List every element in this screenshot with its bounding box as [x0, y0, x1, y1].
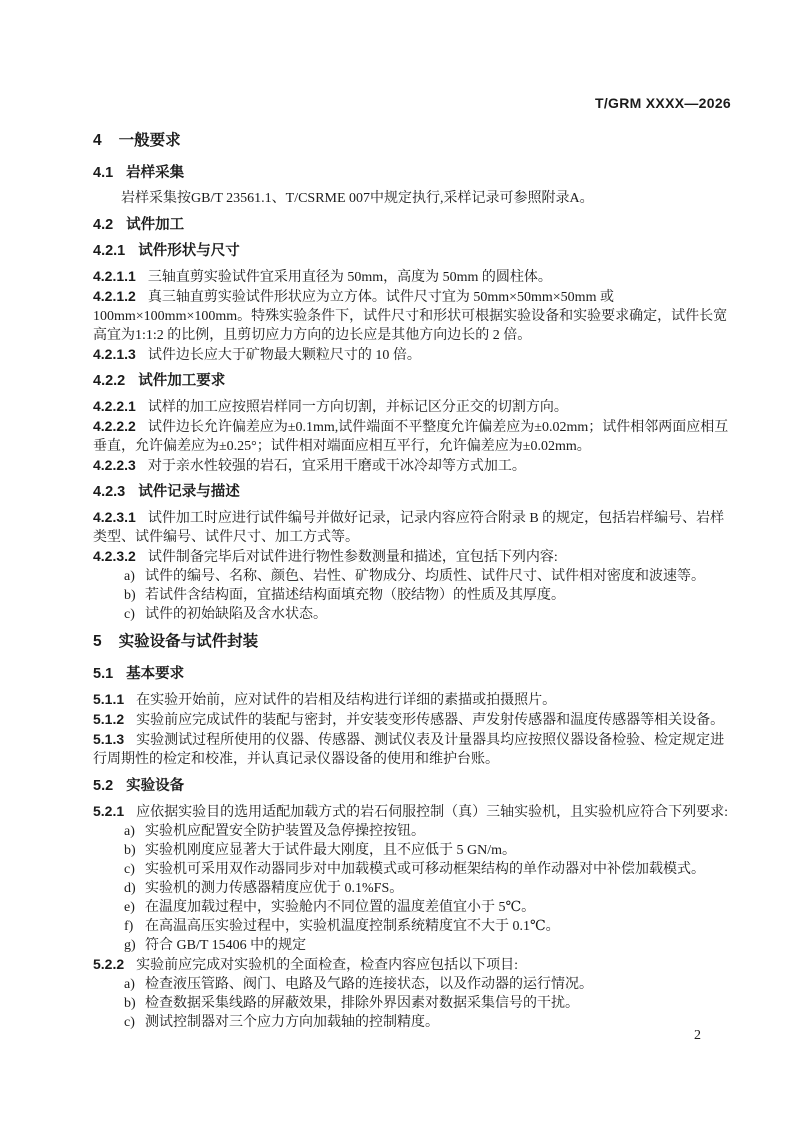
section-heading-4-2-1: 4.2.1试件形状与尺寸	[93, 242, 731, 261]
list-item: e)在温度加载过程中，实验舱内不同位置的温度差值宜小于 5℃。	[124, 898, 731, 917]
item-label: b)	[124, 994, 145, 1013]
section-title: 试件加工	[126, 217, 184, 233]
item-label: g)	[124, 936, 145, 955]
clause-4-2-2-1: 4.2.2.1试样的加工应按照岩样同一方向切割，并标记区分正交的切割方向。	[93, 397, 731, 417]
clause-number: 5.1.2	[93, 711, 124, 727]
section-heading-4-1: 4.1岩样采集	[93, 164, 731, 183]
section-title: 岩样采集	[126, 165, 184, 181]
section-title: 实验设备与试件封装	[119, 633, 259, 650]
item-label: c)	[124, 860, 145, 879]
list-item: f)在高温高压实验过程中，实验机温度控制系统精度宜不大于 0.1℃。	[124, 917, 731, 936]
item-text: 实验机应配置安全防护装置及急停操控按钮。	[145, 824, 425, 839]
clause-4-2-2-2: 4.2.2.2试件边长允许偏差应为±0.1mm,试件端面不平整度允许偏差应为±0…	[93, 417, 731, 456]
clause-number: 4.2.3.2	[93, 548, 136, 564]
clause-4-2-3-2: 4.2.3.2试件制备完毕后对试件进行物性参数测量和描述，宜包括下列内容:	[93, 547, 731, 567]
clause-5-1-1: 5.1.1在实验开始前，应对试件的岩相及结构进行详细的素描或拍摄照片。	[93, 690, 731, 710]
item-text: 实验机可采用双作动器同步对中加载模式或可移动框架结构的单作动器对中补偿加载模式。	[145, 862, 705, 877]
section-heading-4-2-3: 4.2.3试件记录与描述	[93, 483, 731, 502]
clause-text: 三轴直剪实验试件宜采用直径为 50mm，高度为 50mm 的圆柱体。	[148, 270, 552, 285]
list-item: b)若试件含结构面，宜描述结构面填充物（胶结物）的性质及其厚度。	[124, 586, 731, 605]
item-text: 在高温高压实验过程中，实验机温度控制系统精度宜不大于 0.1℃。	[145, 919, 560, 934]
section-heading-4-2-2: 4.2.2试件加工要求	[93, 372, 731, 391]
clause-number: 4.2.1.2	[93, 288, 136, 304]
clause-text: 实验测试过程所使用的仪器、传感器、测试仪表及计量器具均应按照仪器设备检验、检定规…	[93, 733, 724, 767]
clause-text: 真三轴直剪实验试件形状应为立方体。试件尺寸宜为 50mm×50mm×50mm 或…	[93, 290, 727, 343]
section-heading-5: 5实验设备与试件封装	[93, 632, 731, 652]
list-item: b)实验机刚度应显著大于试件最大刚度，且不应低于 5 GN/m。	[124, 841, 731, 860]
section-title: 实验设备	[126, 778, 184, 794]
clause-text: 试件边长允许偏差应为±0.1mm,试件端面不平整度允许偏差应为±0.02mm；试…	[93, 420, 728, 454]
section-heading-4-2: 4.2试件加工	[93, 216, 731, 235]
clause-number: 5.1.3	[93, 731, 124, 747]
clause-4-2-1-1: 4.2.1.1三轴直剪实验试件宜采用直径为 50mm，高度为 50mm 的圆柱体…	[93, 267, 731, 287]
section-number: 4.2	[93, 217, 113, 233]
list-item: c)试件的初始缺陷及含水状态。	[124, 605, 731, 624]
section-heading-5-1: 5.1基本要求	[93, 665, 731, 684]
item-label: d)	[124, 879, 145, 898]
section-number: 5.1	[93, 666, 113, 682]
paragraph-4-1: 岩样采集按GB/T 23561.1、T/CSRME 007中规定执行,采样记录可…	[93, 189, 731, 208]
clause-4-2-3-1: 4.2.3.1试件加工时应进行试件编号并做好记录，记录内容应符合附录 B 的规定…	[93, 508, 731, 547]
item-text: 试件的编号、名称、颜色、岩性、矿物成分、均质性、试件尺寸、试件相对密度和波速等。	[145, 569, 705, 584]
section-title: 基本要求	[126, 666, 184, 682]
item-text: 检查数据采集线路的屏蔽效果，排除外界因素对数据采集信号的干扰。	[145, 996, 579, 1011]
clause-text: 试件制备完毕后对试件进行物性参数测量和描述，宜包括下列内容:	[148, 550, 558, 565]
list-item: a)试件的编号、名称、颜色、岩性、矿物成分、均质性、试件尺寸、试件相对密度和波速…	[124, 567, 731, 586]
clause-number: 4.2.3.1	[93, 509, 136, 525]
clause-number: 5.2.2	[93, 956, 124, 972]
clause-text: 实验前应完成对实验机的全面检查，检查内容应包括以下项目:	[136, 958, 518, 973]
clause-5-2-1: 5.2.1应依据实验目的选用适配加载方式的岩石伺服控制（真）三轴实验机，且实验机…	[93, 802, 731, 822]
clause-number: 4.2.2.1	[93, 398, 136, 414]
section-heading-5-2: 5.2实验设备	[93, 777, 731, 796]
standard-code-header: T/GRM XXXX—2026	[93, 96, 731, 111]
clause-text: 试件加工时应进行试件编号并做好记录，记录内容应符合附录 B 的规定，包括岩样编号…	[93, 511, 724, 545]
section-title: 试件记录与描述	[138, 484, 240, 500]
clause-5-2-2: 5.2.2实验前应完成对实验机的全面检查，检查内容应包括以下项目:	[93, 955, 731, 975]
item-text: 在温度加载过程中，实验舱内不同位置的温度差值宜小于 5℃。	[145, 900, 535, 915]
section-number: 4.2.2	[93, 373, 125, 389]
list-item: d)实验机的测力传感器精度应优于 0.1%FS。	[124, 879, 731, 898]
clause-text: 实验前应完成试件的装配与密封，并安装变形传感器、声发射传感器和温度传感器等相关设…	[136, 713, 724, 728]
section-number: 4.1	[93, 165, 113, 181]
section-title: 试件加工要求	[138, 373, 225, 389]
list-item: a)实验机应配置安全防护装置及急停操控按钮。	[124, 822, 731, 841]
document-page: T/GRM XXXX—2026 4一般要求 4.1岩样采集 岩样采集按GB/T …	[0, 0, 793, 1122]
list-item: g)符合 GB/T 15406 中的规定	[124, 936, 731, 955]
item-text: 符合 GB/T 15406 中的规定	[145, 938, 306, 953]
clause-text: 试样的加工应按照岩样同一方向切割，并标记区分正交的切割方向。	[148, 400, 568, 415]
clause-5-1-3: 5.1.3实验测试过程所使用的仪器、传感器、测试仪表及计量器具均应按照仪器设备检…	[93, 730, 731, 769]
clause-text: 应依据实验目的选用适配加载方式的岩石伺服控制（真）三轴实验机，且实验机应符合下列…	[136, 805, 728, 820]
item-text: 实验机刚度应显著大于试件最大刚度，且不应低于 5 GN/m。	[145, 843, 516, 858]
item-label: a)	[124, 975, 145, 994]
clause-number: 4.2.2.3	[93, 457, 136, 473]
clause-4-2-1-3: 4.2.1.3试件边长应大于矿物最大颗粒尺寸的 10 倍。	[93, 345, 731, 365]
item-label: b)	[124, 841, 145, 860]
list-item: c)实验机可采用双作动器同步对中加载模式或可移动框架结构的单作动器对中补偿加载模…	[124, 860, 731, 879]
section-number: 5.2	[93, 778, 113, 794]
item-text: 若试件含结构面，宜描述结构面填充物（胶结物）的性质及其厚度。	[145, 588, 565, 603]
section-number: 4.2.1	[93, 243, 125, 259]
page-number: 2	[694, 1026, 701, 1045]
clause-number: 4.2.2.2	[93, 418, 136, 434]
section-number: 5	[93, 633, 102, 650]
item-label: b)	[124, 586, 145, 605]
section-title: 试件形状与尺寸	[138, 243, 240, 259]
clause-text: 在实验开始前，应对试件的岩相及结构进行详细的素描或拍摄照片。	[136, 693, 556, 708]
section-heading-4: 4一般要求	[93, 131, 731, 151]
clause-text: 对于亲水性较强的岩石，宜采用干磨或干冰冷却等方式加工。	[148, 459, 526, 474]
clause-4-2-2-3: 4.2.2.3对于亲水性较强的岩石，宜采用干磨或干冰冷却等方式加工。	[93, 456, 731, 476]
item-label: e)	[124, 898, 145, 917]
item-label: a)	[124, 822, 145, 841]
section-number: 4.2.3	[93, 484, 125, 500]
item-text: 检查液压管路、阀门、电路及气路的连接状态，以及作动器的运行情况。	[145, 977, 593, 992]
page-content: T/GRM XXXX—2026 4一般要求 4.1岩样采集 岩样采集按GB/T …	[0, 0, 793, 1032]
item-label: f)	[124, 917, 145, 936]
item-text: 试件的初始缺陷及含水状态。	[145, 607, 327, 622]
list-item: b)检查数据采集线路的屏蔽效果，排除外界因素对数据采集信号的干扰。	[124, 994, 731, 1013]
clause-5-1-2: 5.1.2实验前应完成试件的装配与密封，并安装变形传感器、声发射传感器和温度传感…	[93, 710, 731, 730]
clause-number: 4.2.1.3	[93, 346, 136, 362]
clause-number: 5.2.1	[93, 803, 124, 819]
item-label: a)	[124, 567, 145, 586]
section-title: 一般要求	[119, 132, 181, 149]
section-number: 4	[93, 132, 102, 149]
clause-text: 试件边长应大于矿物最大颗粒尺寸的 10 倍。	[148, 348, 421, 363]
clause-number: 4.2.1.1	[93, 268, 136, 284]
item-label: c)	[124, 1013, 145, 1032]
list-item: c)测试控制器对三个应力方向加载轴的控制精度。	[124, 1013, 731, 1032]
item-label: c)	[124, 605, 145, 624]
item-text: 测试控制器对三个应力方向加载轴的控制精度。	[145, 1015, 439, 1030]
clause-4-2-1-2: 4.2.1.2真三轴直剪实验试件形状应为立方体。试件尺寸宜为 50mm×50mm…	[93, 287, 731, 345]
list-item: a)检查液压管路、阀门、电路及气路的连接状态，以及作动器的运行情况。	[124, 975, 731, 994]
item-text: 实验机的测力传感器精度应优于 0.1%FS。	[145, 881, 403, 896]
clause-number: 5.1.1	[93, 691, 124, 707]
